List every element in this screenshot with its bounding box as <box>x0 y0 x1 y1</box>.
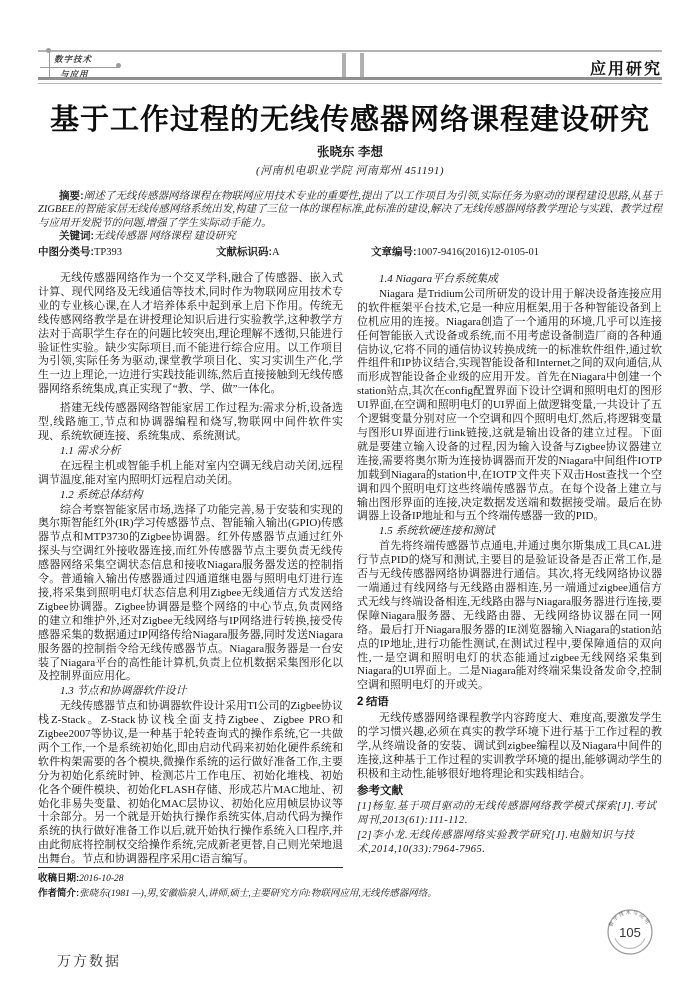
header-divider-bar <box>342 53 346 79</box>
authors-line: 张晓东 李想 <box>38 142 662 160</box>
section-1-1-paragraph: 在远程主机或智能手机上能对室内空调无线启动关闭,远程调节温度,能对室内照明灯远程… <box>38 460 343 488</box>
footnote-rule <box>38 867 343 868</box>
right-column: 1.4 Niagara平台系统集成 Niagara 是Tridium公司所研发的… <box>357 272 662 892</box>
author-bio-label: 作者简介: <box>38 888 79 899</box>
page-title: 基于工作过程的无线传感器网络课程建设研究 <box>38 97 662 138</box>
clc-value: TP393 <box>94 247 122 258</box>
affiliation-line: (河南机电职业学院 河南郑州 451191) <box>38 162 662 178</box>
header-bottom-rule <box>38 77 662 84</box>
section-1-3-heading: 1.3 节点和协调器软件设计 <box>38 685 343 699</box>
clc-label: 中图分类号: <box>38 246 94 258</box>
keywords-line: 关键词:无线传感器 网络课程 建设研究 <box>38 230 662 243</box>
clc-number: 中图分类号:TP393 <box>38 246 216 259</box>
document-code-value: A <box>272 247 280 258</box>
abstract-paragraph: 摘要:阐述了无线传感器网络课程在物联网应用技术专业的重要性,提出了以工作项目为引… <box>38 190 662 230</box>
section-2-paragraph: 无线传感器网络课程教学内容跨度大、难度高,要激发学生的学习惯兴趣,必须在真实的教… <box>357 712 662 782</box>
article-number: 文章编号:1007-9416(2016)12-0105-01 <box>371 246 662 259</box>
received-date-value: 2016-10-28 <box>79 874 123 884</box>
section-1-2-paragraph: 综合考察智能家居市场,选择了功能完善,易于安装和实现的奥尔斯智能红外(IR)学习… <box>38 504 343 685</box>
keywords-label: 关键词: <box>59 230 94 242</box>
section-1-4-paragraph: Niagara 是Tridium公司所研发的设计用于解决设备连接应用的软件框架平… <box>357 288 662 524</box>
received-date-label: 收稿日期: <box>38 873 79 884</box>
section-1-1-heading: 1.1 需求分析 <box>38 445 343 459</box>
received-date-line: 收稿日期:2016-10-28 <box>38 872 343 887</box>
journal-logo: 数字技术 与应用 <box>40 52 126 80</box>
column-section-label: 应用研究 <box>590 56 662 79</box>
author-bio-line: 作者简介:张晓东(1981 —),男,安徽临泉人,讲师,硕士,主要研究方向:物联… <box>38 887 343 902</box>
section-1-4-heading: 1.4 Niagara平台系统集成 <box>357 273 662 287</box>
logo-vertical-line <box>49 52 50 79</box>
wanfang-watermark: 万方数据 <box>57 951 121 971</box>
header-top-rule <box>38 50 662 52</box>
keywords-text: 无线传感器 网络课程 建设研究 <box>94 231 236 242</box>
journal-name-line1: 数字技术 <box>54 53 92 65</box>
page-number: 105 <box>619 925 641 940</box>
section-1-2-heading: 1.2 系统总体结构 <box>38 489 343 503</box>
left-column: 无线传感器网络作为一个交叉学科,融合了传感器、嵌入式计算、现代网络及无线通信等技… <box>38 272 343 892</box>
abstract-label: 摘要: <box>59 190 84 202</box>
page-header: 数字技术 与应用 应用研究 <box>38 50 662 84</box>
reference-item: [2]李小龙.无线传感器网络实验教学研究[J].电脑知识与技术,2014,10(… <box>357 829 662 858</box>
article-content: 基于工作过程的无线传感器网络课程建设研究 张晓东 李想 (河南机电职业学院 河南… <box>38 84 662 892</box>
abstract-text: 阐述了无线传感器网络课程在物联网应用技术专业的重要性,提出了以工作项目为引领,实… <box>38 191 662 229</box>
reference-item: [1]杨玺.基于项目驱动的无线传感器网络教学模式探索[J].考试周刊,2013(… <box>357 800 662 829</box>
logo-dot-icon <box>116 63 121 68</box>
section-2-heading: 2 结语 <box>357 696 662 710</box>
body-columns: 无线传感器网络作为一个交叉学科,融合了传感器、嵌入式计算、现代网络及无线通信等技… <box>38 272 662 892</box>
abstract-block: 摘要:阐述了无线传感器网络课程在物联网应用技术专业的重要性,提出了以工作项目为引… <box>38 190 662 259</box>
document-code: 文献标识码:A <box>216 246 371 259</box>
section-1-5-heading: 1.5 系统软硬连接和测试 <box>357 525 662 539</box>
section-1-3-paragraph: 无线传感器节点和协调器软件设计采用TI公司的Zigbee协议栈Z-Stack。Z… <box>38 700 343 867</box>
article-number-label: 文章编号: <box>371 246 417 258</box>
intro-paragraph: 无线传感器网络作为一个交叉学科,融合了传感器、嵌入式计算、现代网络及无线通信等技… <box>38 272 343 397</box>
paper-page: 数字技术 与应用 应用研究 基于工作过程的无线传感器网络课程建设研究 张晓东 李… <box>0 0 700 991</box>
references-heading: 参考文献 <box>357 785 662 799</box>
header-divider-bar <box>360 53 364 79</box>
author-footnote: 收稿日期:2016-10-28 作者简介:张晓东(1981 —),男,安徽临泉人… <box>38 867 343 901</box>
article-number-value: 1007-9416(2016)12-0105-01 <box>417 247 539 258</box>
meta-line: 中图分类号:TP393 文献标识码:A 文章编号:1007-9416(2016)… <box>38 246 662 259</box>
document-code-label: 文献标识码: <box>216 246 272 258</box>
section-1-5-paragraph: 首先将终端传感器节点通电,并通过奥尔斯集成工具CAL进行节点PID的烧写和测试,… <box>357 540 662 693</box>
page-number-stamp: 数字技术与应用 105 <box>604 906 656 958</box>
section-1-paragraph: 搭建无线传感器网络智能家居工作过程为:需求分析,设备选型,线路施工,节点和协调器… <box>38 402 343 444</box>
